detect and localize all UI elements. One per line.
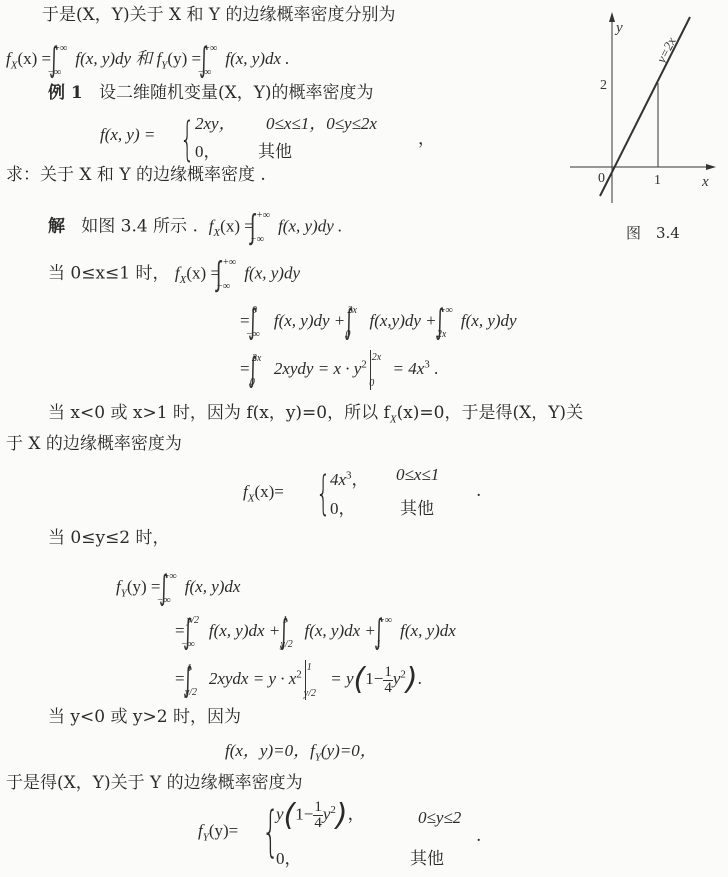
origin-label: 0 — [598, 171, 605, 186]
figure-caption: 图 3.4 — [626, 222, 680, 243]
y-arrow-icon — [609, 12, 615, 22]
x-axis-label: x — [701, 174, 709, 190]
y-axis-label: y — [614, 20, 623, 36]
tick-y-2: 2 — [600, 78, 607, 93]
figure-3-4: y x 0 1 2 y=2x — [0, 0, 728, 877]
tick-x-1: 1 — [654, 173, 661, 188]
line-label: y=2x — [652, 34, 679, 67]
x-arrow-icon — [706, 164, 716, 170]
